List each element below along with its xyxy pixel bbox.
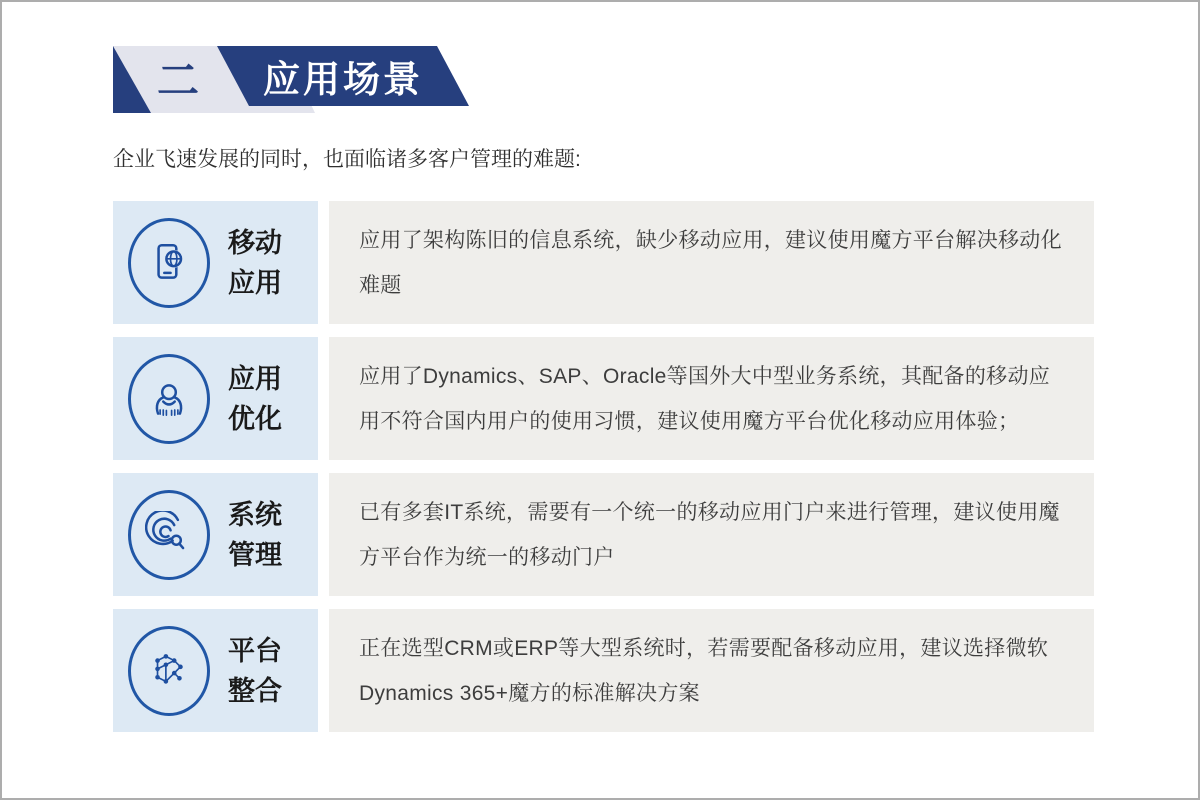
network-nodes-icon	[145, 647, 193, 695]
hands-care-icon	[145, 375, 193, 423]
page-canvas: 二 应用场景 企业飞速发展的同时，也面临诸多客户管理的难题:	[0, 0, 1200, 800]
scenario-label: 应用 优化	[228, 359, 282, 439]
icon-ring	[128, 354, 210, 444]
scenario-description-box: 正在选型CRM或ERP等大型系统时，若需要配备移动应用，建议选择微软Dynami…	[329, 609, 1094, 732]
icon-ring	[128, 490, 210, 580]
icon-ring	[128, 218, 210, 308]
scenario-description: 正在选型CRM或ERP等大型系统时，若需要配备移动应用，建议选择微软Dynami…	[359, 626, 1064, 716]
section-header-banner: 二 应用场景	[113, 46, 493, 113]
scenario-description: 应用了架构陈旧的信息系统，缺少移动应用，建议使用魔方平台解决移动化难题	[359, 218, 1064, 308]
intro-text: 企业飞速发展的同时，也面临诸多客户管理的难题:	[113, 143, 581, 173]
icon-ring	[128, 626, 210, 716]
scenario-label-box: 移动 应用	[113, 201, 318, 324]
scenario-label-box: 系统 管理	[113, 473, 318, 596]
signal-wrench-icon	[145, 511, 193, 559]
scenario-description: 已有多套IT系统，需要有一个统一的移动应用门户来进行管理，建议使用魔方平台作为统…	[359, 490, 1064, 580]
scenario-description: 应用了Dynamics、SAP、Oracle等国外大中型业务系统，其配备的移动应…	[359, 354, 1064, 444]
list-item: 系统 管理 已有多套IT系统，需要有一个统一的移动应用门户来进行管理，建议使用魔…	[113, 473, 1094, 596]
scenario-label-box: 应用 优化	[113, 337, 318, 460]
list-item: 移动 应用 应用了架构陈旧的信息系统，缺少移动应用，建议使用魔方平台解决移动化难…	[113, 201, 1094, 324]
list-item: 应用 优化 应用了Dynamics、SAP、Oracle等国外大中型业务系统，其…	[113, 337, 1094, 460]
mobile-globe-icon	[145, 239, 193, 287]
scenario-description-box: 应用了Dynamics、SAP、Oracle等国外大中型业务系统，其配备的移动应…	[329, 337, 1094, 460]
section-number: 二	[143, 50, 213, 105]
scenario-label: 系统 管理	[228, 495, 282, 575]
scenario-description-box: 应用了架构陈旧的信息系统，缺少移动应用，建议使用魔方平台解决移动化难题	[329, 201, 1094, 324]
scenario-label: 移动 应用	[228, 223, 282, 303]
list-item: 平台 整合 正在选型CRM或ERP等大型系统时，若需要配备移动应用，建议选择微软…	[113, 609, 1094, 732]
scenario-list: 移动 应用 应用了架构陈旧的信息系统，缺少移动应用，建议使用魔方平台解决移动化难…	[113, 201, 1094, 745]
section-title: 应用场景	[217, 46, 469, 106]
scenario-label-box: 平台 整合	[113, 609, 318, 732]
scenario-label: 平台 整合	[228, 631, 282, 711]
scenario-description-box: 已有多套IT系统，需要有一个统一的移动应用门户来进行管理，建议使用魔方平台作为统…	[329, 473, 1094, 596]
